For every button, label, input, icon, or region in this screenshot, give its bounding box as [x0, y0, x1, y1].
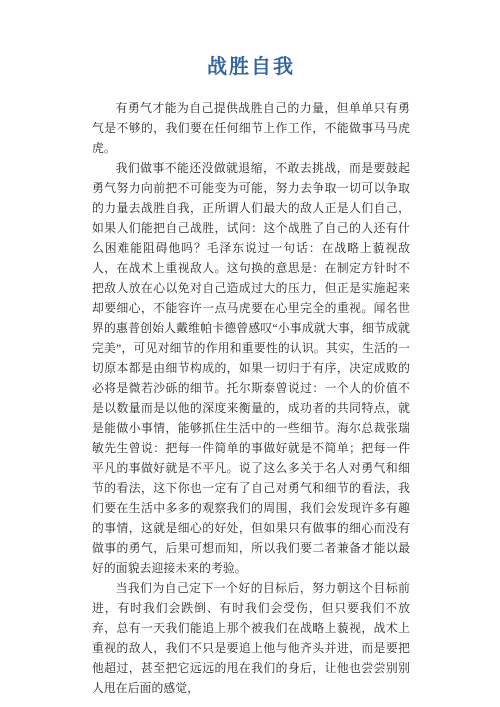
paragraph-intro: 有勇气才能为自己提供战胜自己的力量，但单单只有勇气是不够的，我们要在任何细节上作… — [92, 98, 410, 158]
document-title: 战胜自我 — [92, 52, 410, 82]
paragraph-main: 我们做事不能还没做就退缩，不敢去挑战，而是要鼓起勇气努力向前把不可能变为可能，努… — [92, 158, 410, 578]
document-page: 战胜自我 有勇气才能为自己提供战胜自己的力量，但单单只有勇气是不够的，我们要在任… — [0, 0, 500, 707]
document-body: 有勇气才能为自己提供战胜自己的力量，但单单只有勇气是不够的，我们要在任何细节上作… — [92, 98, 410, 698]
paragraph-closing: 当我们为自己定下一个好的目标后，努力朝这个目标前进，有时我们会跌倒、有时我们会受… — [92, 578, 410, 698]
